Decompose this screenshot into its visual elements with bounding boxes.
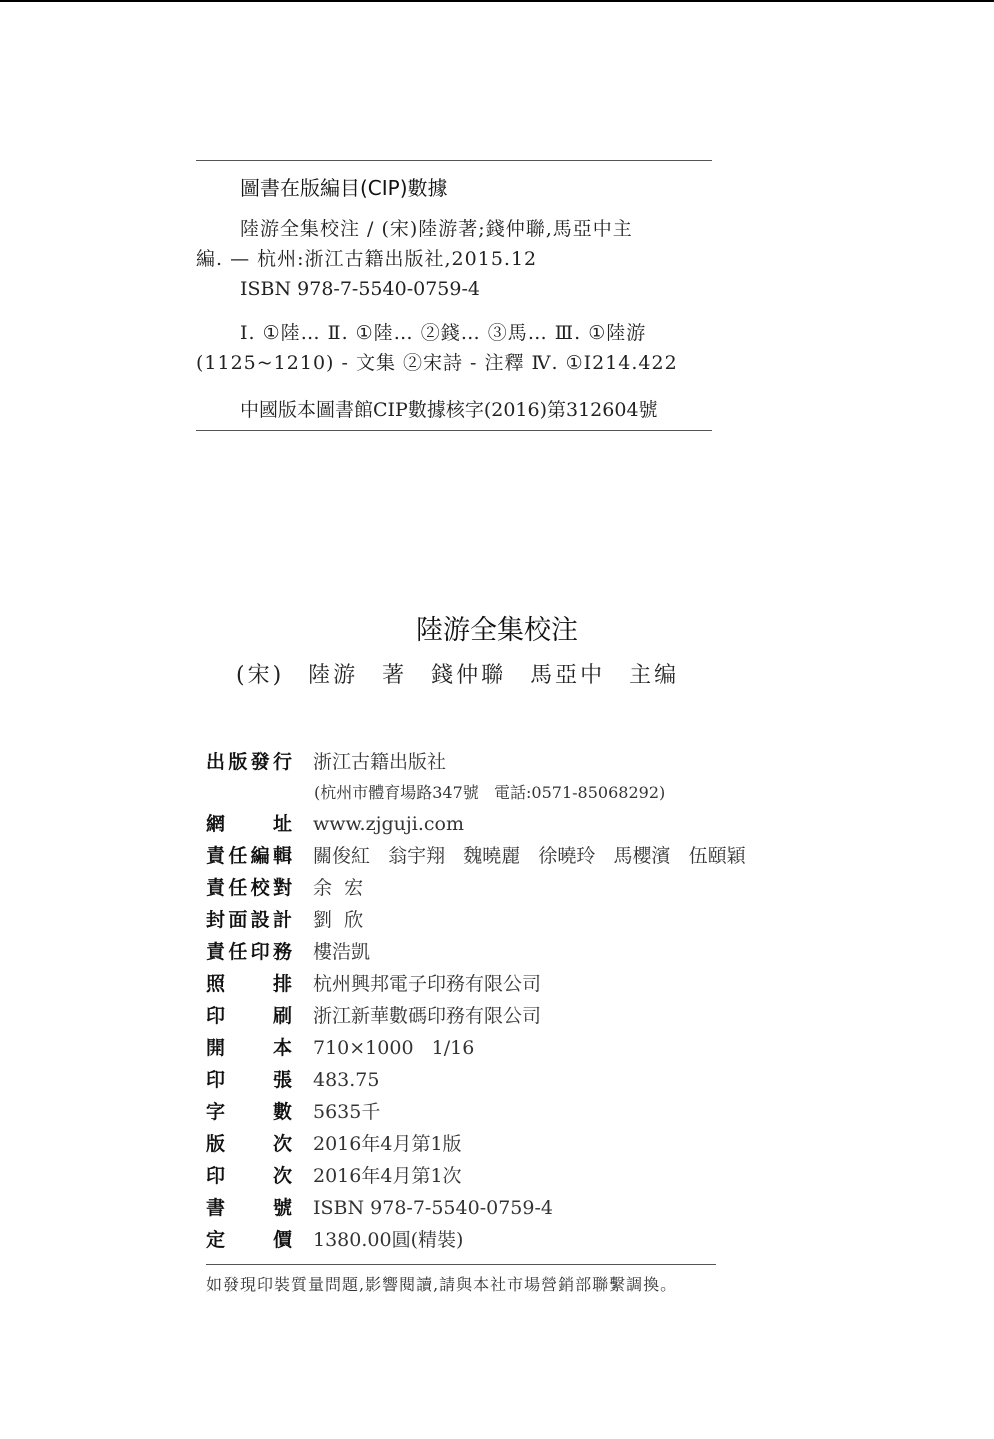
colophon-label-char: 輯 <box>273 841 292 868</box>
colophon-label: 書號 <box>206 1193 292 1220</box>
colophon-bottom-rule <box>206 1264 716 1265</box>
cip-classification-line1: Ⅰ. ①陸… Ⅱ. ①陸… ②錢… ③馬… Ⅲ. ①陸游 <box>196 318 712 348</box>
colophon-value: 1380.00圓(精裝) <box>313 1225 463 1252</box>
book-title: 陸游全集校注 <box>0 608 994 647</box>
cip-citation: 陸游全集校注 / (宋)陸游著;錢仲聯,馬亞中主 編. — 杭州:浙江古籍出版社… <box>196 214 712 274</box>
colophon-label-char: 任 <box>228 873 247 900</box>
colophon-value: 關俊紅 翁宇翔 魏曉麗 徐曉玲 馬櫻濱 伍頤穎 <box>313 841 746 868</box>
cip-number: 中國版本圖書館CIP數據核字(2016)第312604號 <box>240 395 658 422</box>
colophon-label-char: 版 <box>228 747 247 774</box>
colophon-label-char: 務 <box>273 937 292 964</box>
colophon-label-char: 印 <box>206 1001 225 1028</box>
colophon-label-char: 數 <box>273 1097 292 1124</box>
colophon-label-char: 印 <box>206 1065 225 1092</box>
colophon-label-char: 價 <box>273 1225 292 1252</box>
colophon-value: 483.75 <box>313 1069 379 1091</box>
colophon-label-char: 版 <box>206 1129 225 1156</box>
colophon-label-char: 本 <box>273 1033 292 1060</box>
colophon-label-char: 責 <box>206 937 225 964</box>
colophon-label-char: 次 <box>273 1129 292 1156</box>
colophon-label: 責任校對 <box>206 873 292 900</box>
cip-classification-line2: (1125~1210) - 文集 ②宋詩 - 注釋 Ⅳ. ①I214.422 <box>196 348 712 378</box>
colophon-label-char: 設 <box>251 905 270 932</box>
colophon-label-char: 任 <box>228 841 247 868</box>
colophon-label: 版次 <box>206 1129 292 1156</box>
colophon-row: 印刷浙江新華數碼印務有限公司 <box>206 1001 541 1028</box>
colophon-row: 出版發行浙江古籍出版社 <box>206 747 446 774</box>
colophon-label: 網址 <box>206 809 292 836</box>
colophon-label-char: 書 <box>206 1193 225 1220</box>
colophon-label: 字數 <box>206 1097 292 1124</box>
colophon-value: ISBN 978-7-5540-0759-4 <box>313 1197 553 1219</box>
colophon-label: 印張 <box>206 1065 292 1092</box>
colophon-label-char: 開 <box>206 1033 225 1060</box>
cip-isbn: ISBN 978-7-5540-0759-4 <box>240 278 480 300</box>
colophon-label-char: 刷 <box>273 1001 292 1028</box>
cip-bottom-rule <box>196 430 712 431</box>
colophon-label-char: 任 <box>228 937 247 964</box>
colophon-row: 書號ISBN 978-7-5540-0759-4 <box>206 1193 553 1220</box>
colophon-value: 2016年4月第1次 <box>313 1161 462 1188</box>
colophon-label-char: 對 <box>273 873 292 900</box>
colophon-label-char: 址 <box>273 809 292 836</box>
colophon-label-char: 責 <box>206 873 225 900</box>
colophon-row: 版次2016年4月第1版 <box>206 1129 462 1156</box>
colophon-row: 定價1380.00圓(精裝) <box>206 1225 463 1252</box>
colophon-value: 浙江新華數碼印務有限公司 <box>313 1001 541 1028</box>
colophon-label-char: 編 <box>251 841 270 868</box>
colophon-label-char: 字 <box>206 1097 225 1124</box>
colophon-label-char: 校 <box>251 873 270 900</box>
colophon-value: 樓浩凱 <box>313 937 370 964</box>
colophon-row: 責任編輯關俊紅 翁宇翔 魏曉麗 徐曉玲 馬櫻濱 伍頤穎 <box>206 841 746 868</box>
colophon-label: 印次 <box>206 1161 292 1188</box>
colophon-label: 出版發行 <box>206 747 292 774</box>
colophon-label-char: 出 <box>206 747 225 774</box>
colophon-label-char: 號 <box>273 1193 292 1220</box>
colophon-row: 開本710×1000 1/16 <box>206 1033 474 1060</box>
colophon-label-char: 計 <box>273 905 292 932</box>
colophon-value: 710×1000 1/16 <box>313 1037 474 1059</box>
colophon-value: 劉 欣 <box>313 905 363 932</box>
colophon-row: 責任印務樓浩凱 <box>206 937 370 964</box>
colophon-label: 照排 <box>206 969 292 996</box>
colophon-row: 字數5635千 <box>206 1097 380 1124</box>
colophon-label-char: 排 <box>273 969 292 996</box>
book-authors: (宋) 陸游 著 錢仲聯 馬亞中 主编 <box>236 658 679 689</box>
footer-note: 如發現印裝質量問題,影響閱讀,請與本社市場營銷部聯繫調換。 <box>206 1272 677 1295</box>
colophon-label-char: 次 <box>273 1161 292 1188</box>
colophon-value: 5635千 <box>313 1097 380 1124</box>
colophon-label: 印刷 <box>206 1001 292 1028</box>
colophon-label: 封面設計 <box>206 905 292 932</box>
colophon-label: 責任編輯 <box>206 841 292 868</box>
cip-citation-line1: 陸游全集校注 / (宋)陸游著;錢仲聯,馬亞中主 <box>196 214 712 244</box>
colophon-label-char: 定 <box>206 1225 225 1252</box>
cip-citation-line2: 編. — 杭州:浙江古籍出版社,2015.12 <box>196 244 712 274</box>
colophon-value: 2016年4月第1版 <box>313 1129 462 1156</box>
colophon-label-char: 封 <box>206 905 225 932</box>
colophon-value: 杭州興邦電子印務有限公司 <box>313 969 541 996</box>
colophon-label-char: 張 <box>273 1065 292 1092</box>
colophon-value: 浙江古籍出版社 <box>313 747 446 774</box>
colophon-row: 印張483.75 <box>206 1065 379 1092</box>
colophon-label-char: 發 <box>251 747 270 774</box>
colophon-label-char: 責 <box>206 841 225 868</box>
colophon-row: 印次2016年4月第1次 <box>206 1161 462 1188</box>
colophon-label: 開本 <box>206 1033 292 1060</box>
colophon-label-char: 網 <box>206 809 225 836</box>
colophon-label-char: 印 <box>206 1161 225 1188</box>
colophon-label-char: 印 <box>251 937 270 964</box>
cip-heading: 圖書在版編目(CIP)數據 <box>240 172 448 201</box>
colophon-label-char: 照 <box>206 969 225 996</box>
colophon-value: 余 宏 <box>313 873 363 900</box>
publisher-address: (杭州市體育場路347號 電話:0571-85068292) <box>314 780 665 803</box>
colophon-row: 封面設計劉 欣 <box>206 905 363 932</box>
colophon-label-char: 行 <box>273 747 292 774</box>
website-link[interactable]: www.zjguji.com <box>313 813 464 835</box>
colophon-label: 責任印務 <box>206 937 292 964</box>
colophon-row: 網址www.zjguji.com <box>206 809 464 836</box>
colophon-row: 照排杭州興邦電子印務有限公司 <box>206 969 541 996</box>
colophon-label-char: 面 <box>228 905 247 932</box>
colophon-row: 責任校對余 宏 <box>206 873 363 900</box>
colophon-label: 定價 <box>206 1225 292 1252</box>
cip-classification: Ⅰ. ①陸… Ⅱ. ①陸… ②錢… ③馬… Ⅲ. ①陸游 (1125~1210)… <box>196 318 712 378</box>
cip-top-rule <box>196 160 712 161</box>
